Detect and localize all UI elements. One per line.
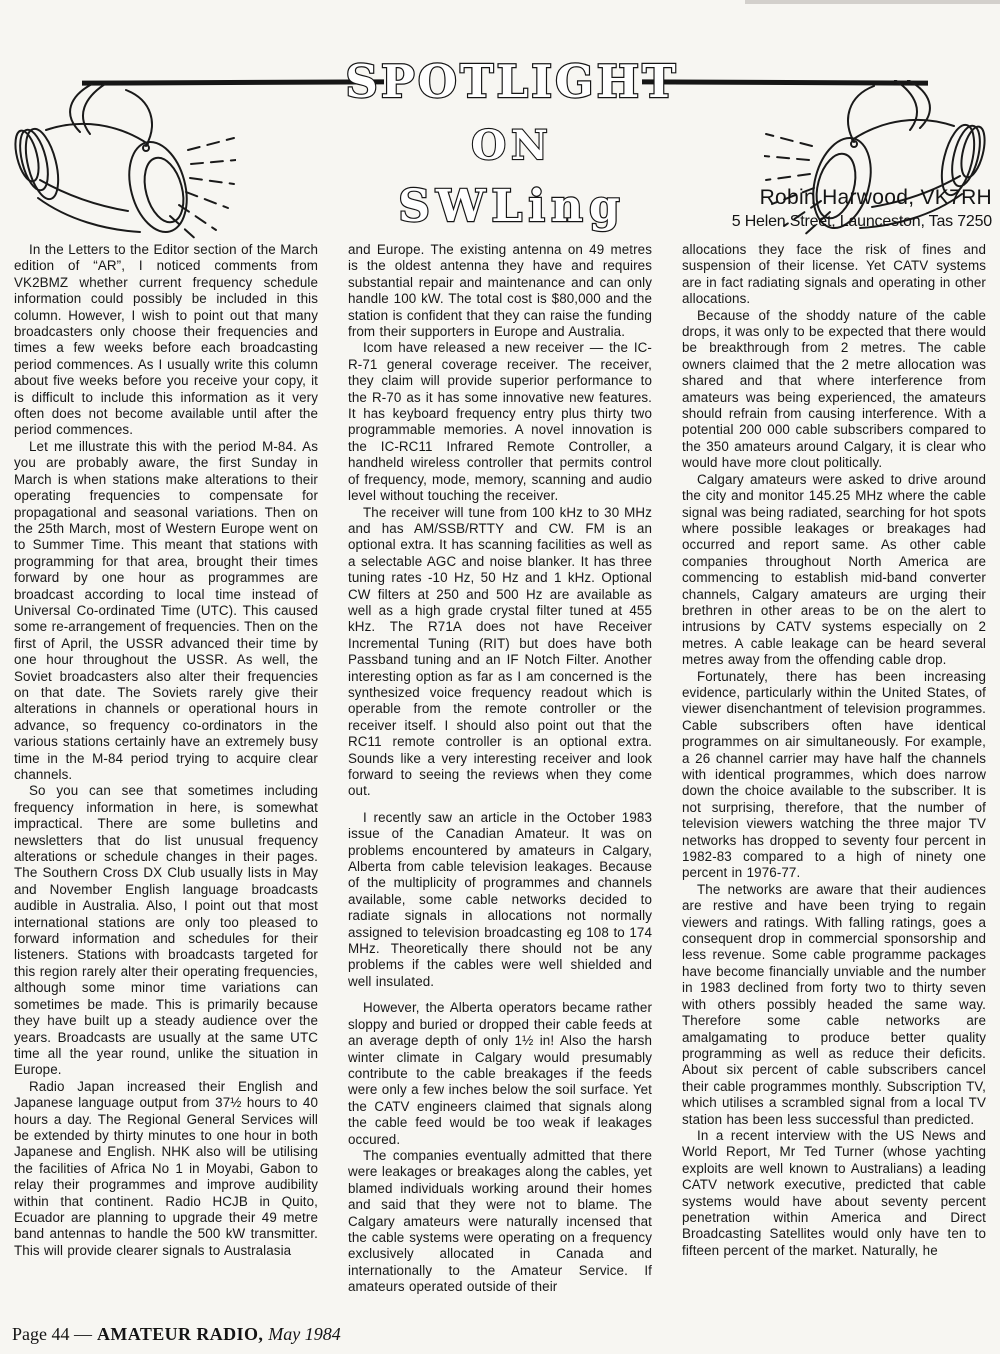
- paragraph: Let me illustrate this with the period M…: [14, 439, 318, 784]
- footer-magazine-name: AMATEUR RADIO,: [97, 1324, 263, 1344]
- paragraph: I recently saw an article in the October…: [348, 810, 652, 990]
- paragraph: The companies eventually admitted that t…: [348, 1148, 652, 1296]
- title-row-2: ON: [430, 118, 594, 172]
- paragraph: Icom have released a new receiver — the …: [348, 340, 652, 504]
- article-column-2: and Europe. The existing antenna on 49 m…: [348, 242, 652, 1326]
- page-footer: Page 44 —AMATEUR RADIO,May 1984: [12, 1324, 346, 1345]
- paragraph: Fortunately, there has been increasing e…: [682, 669, 986, 882]
- paragraph: The networks are aware that their audien…: [682, 882, 986, 1128]
- paragraph: allocations they face the risk of fines …: [682, 242, 986, 308]
- paragraph: The receiver will tune from 100 kHz to 3…: [348, 505, 652, 800]
- paragraph: So you can see that sometimes including …: [14, 783, 318, 1078]
- byline-address: 5 Helen Street, Launceston, Tas 7250: [732, 213, 992, 231]
- article-column-3: allocations they face the risk of fines …: [682, 242, 986, 1326]
- paragraph: Radio Japan increased their English and …: [14, 1079, 318, 1259]
- scan-artifact: [745, 0, 1000, 4]
- title-row-1: SPOTLIGHT: [350, 50, 674, 112]
- byline-author: Robin Harwood, VK7RH: [760, 186, 992, 210]
- footer-page-number: Page 44 —: [12, 1324, 92, 1344]
- title-on: ON: [471, 122, 552, 169]
- footer-issue-date: May 1984: [268, 1324, 340, 1344]
- title-spotlight: SPOTLIGHT: [345, 55, 678, 108]
- title-row-3: SWLing: [390, 174, 634, 236]
- title-swling: SWLing: [398, 181, 626, 232]
- spotlight-lamp-left-icon: [6, 84, 236, 249]
- light-rays: [170, 138, 236, 242]
- article-body: In the Letters to the Editor section of …: [14, 242, 986, 1326]
- article-column-1: In the Letters to the Editor section of …: [14, 242, 318, 1326]
- paragraph: and Europe. The existing antenna on 49 m…: [348, 242, 652, 340]
- paragraph: However, the Alberta operators became ra…: [348, 1000, 652, 1148]
- paragraph: In the Letters to the Editor section of …: [14, 242, 318, 439]
- paragraph: In a recent interview with the US News a…: [682, 1128, 986, 1259]
- paragraph: Because of the shoddy nature of the cabl…: [682, 308, 986, 472]
- paragraph: Calgary amateurs were asked to drive aro…: [682, 472, 986, 669]
- magazine-page: SPOTLIGHT ON SWLing Robin Harwood, VK7RH…: [0, 0, 1000, 1354]
